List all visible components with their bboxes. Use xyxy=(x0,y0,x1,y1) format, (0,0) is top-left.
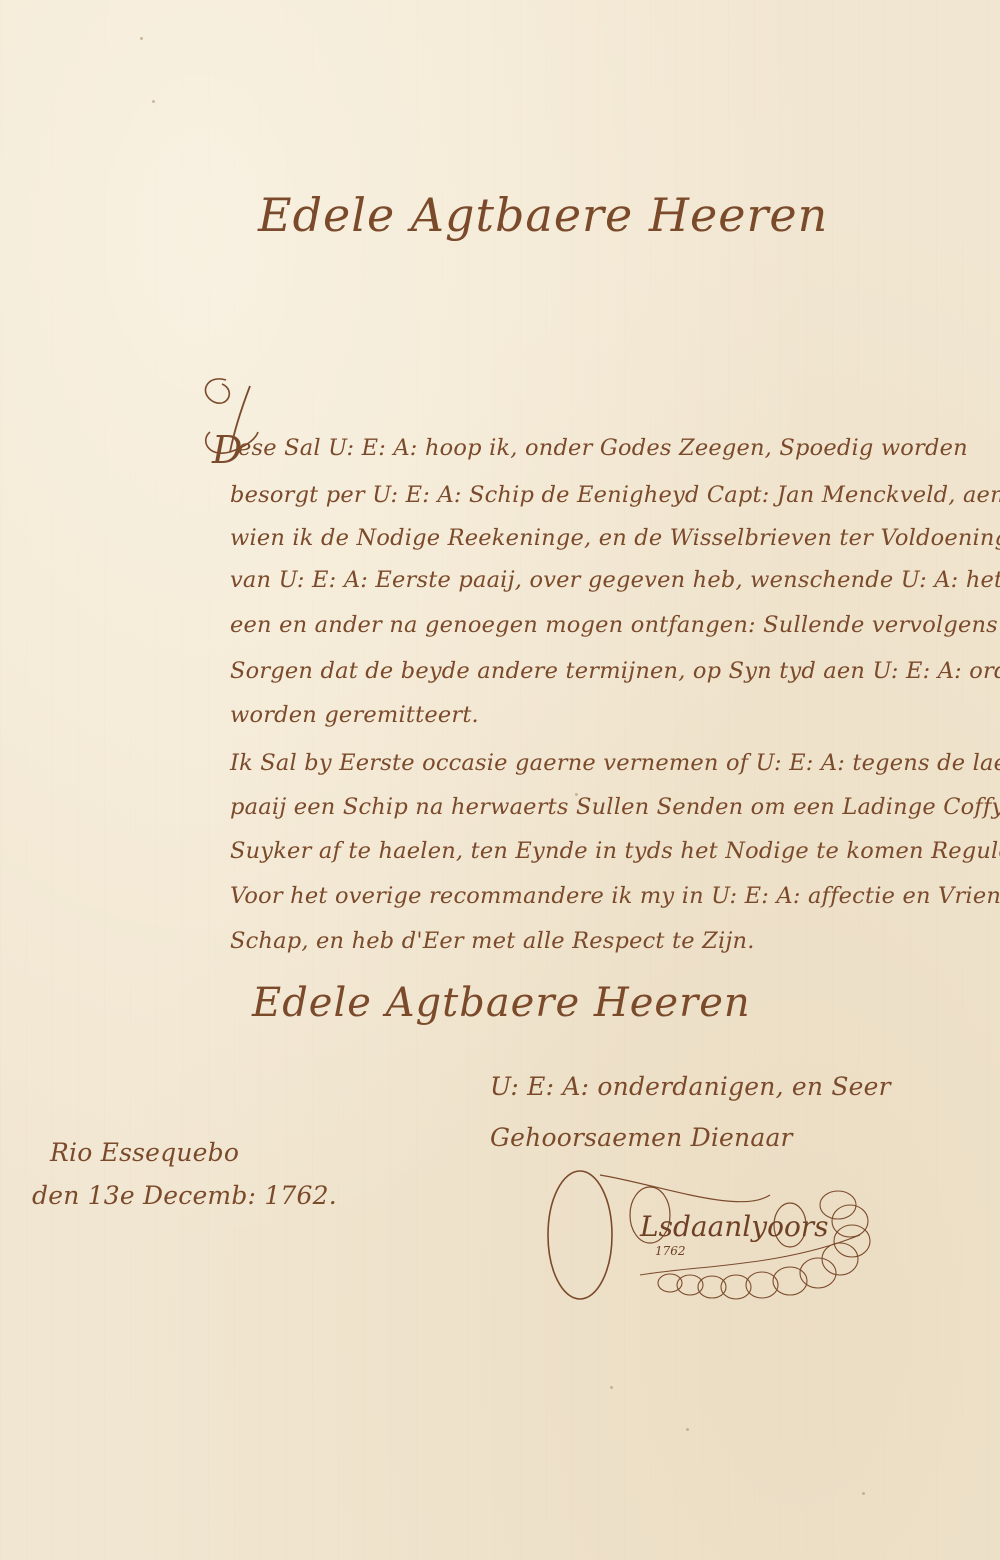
paper-speck xyxy=(862,1492,865,1495)
signature-name: Lsdaanlyoors xyxy=(640,1210,829,1243)
body-line: ese Sal U: E: A: hoop ik, onder Godes Ze… xyxy=(238,435,968,461)
body-line: Ik Sal by Eerste occasie gaerne vernemen… xyxy=(230,750,1000,776)
letter-page: Edele Agtbaere Heeren D ese Sal U: E: A:… xyxy=(0,0,1000,1560)
paper-speck xyxy=(575,793,578,796)
subscription-line: U: E: A: onderdanigen, en Seer xyxy=(490,1072,891,1101)
date-text: den 13e Decemb: 1762. xyxy=(32,1181,337,1210)
salutation-heading: Edele Agtbaere Heeren xyxy=(258,188,828,242)
paper-speck xyxy=(686,1428,689,1431)
paper-speck xyxy=(152,100,155,103)
body-line: Voor het overige recommandere ik my in U… xyxy=(230,883,1000,909)
body-line: van U: E: A: Eerste paaij, over gegeven … xyxy=(230,567,1000,593)
body-line: besorgt per U: E: A: Schip de Eenigheyd … xyxy=(230,482,1000,508)
body-line: worden geremitteert. xyxy=(230,702,479,728)
body-line: Suyker af te haelen, ten Eynde in tyds h… xyxy=(230,838,1000,864)
body-line: Schap, en heb d'Eer met alle Respect te … xyxy=(230,928,755,954)
place-text: Rio Essequebo xyxy=(50,1138,239,1167)
body-line: Sorgen dat de beyde andere termijnen, op… xyxy=(230,658,1000,684)
signature-year: 1762 xyxy=(655,1244,686,1258)
body-line: wien ik de Nodige Reekeninge, en de Wiss… xyxy=(230,525,1000,551)
subscription-line: Gehoorsaemen Dienaar xyxy=(490,1123,793,1152)
body-line: een en ander na genoegen mogen ontfangen… xyxy=(230,612,998,638)
closing-salutation: Edele Agtbaere Heeren xyxy=(252,980,751,1026)
paper-speck xyxy=(140,37,143,40)
body-line: paaij een Schip na herwaerts Sullen Send… xyxy=(230,794,1000,820)
paper-speck xyxy=(610,1386,613,1389)
